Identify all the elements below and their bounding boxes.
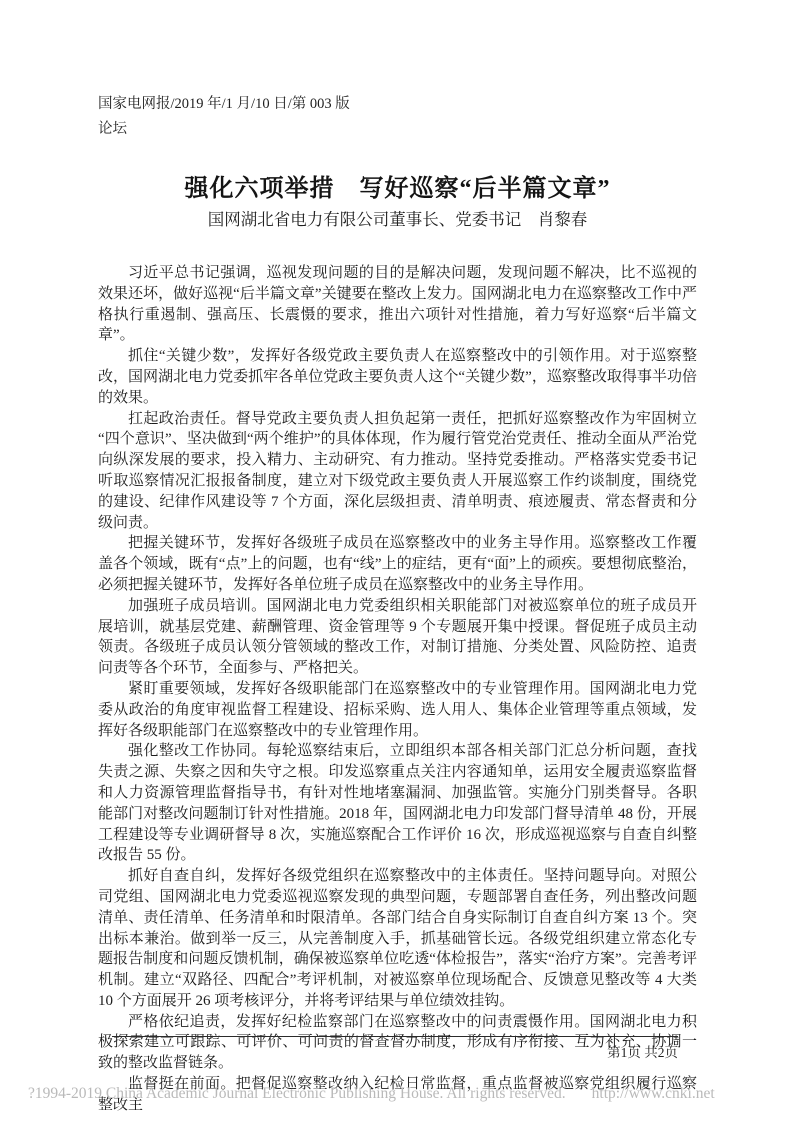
page-number-indicator: 第1页 共2页 (112, 1041, 678, 1061)
body-paragraph: 抓好自查自纠，发挥好各级党组织在巡察整改中的主体责任。坚持问题导向。对照公司党组… (98, 866, 697, 1012)
body-paragraph: 强化整改工作协同。每轮巡察结束后，立即组织本部各相关部门汇总分析问题，查找失责之… (98, 741, 697, 866)
body-paragraph: 加强班子成员培训。国网湖北电力党委组织相关职能部门对被巡察单位的班子成员开展培训… (98, 596, 697, 679)
footer-divider (112, 1036, 678, 1037)
article-byline: 国网湖北省电力有限公司董事长、党委书记 肖黎春 (98, 206, 697, 230)
article-title: 强化六项举措 写好巡察“后半篇文章” (98, 168, 697, 203)
cnki-url: http://www.cnki.net (592, 1085, 715, 1103)
body-paragraph: 扛起政治责任。督导党政主要负责人担负起第一责任，把抓好巡察整改作为牢固树立“四个… (98, 409, 697, 534)
source-publication-line: 国家电网报/2019 年/1 月/10 日/第 003 版 (98, 92, 698, 117)
body-paragraph: 抓住“关键少数”，发挥好各级党政主要负责人在巡察整改中的引领作用。对于巡察整改，… (98, 346, 697, 408)
document-page: 国家电网报/2019 年/1 月/10 日/第 003 版 论坛 强化六项举措 … (0, 0, 793, 1122)
body-paragraph: 习近平总书记强调，巡视发现问题的目的是解决问题，发现问题不解决，比不巡视的效果还… (98, 263, 697, 346)
body-paragraph: 把握关键环节，发挥好各级班子成员在巡察整改中的业务主导作用。巡察整改工作覆盖各个… (98, 533, 697, 595)
copyright-notice: ?1994-2019 China Academic Journal Electr… (28, 1085, 566, 1103)
body-paragraph: 紧盯重要领域，发挥好各级职能部门在巡察整改中的专业管理作用。国网湖北电力党委从政… (98, 679, 697, 741)
section-label: 论坛 (98, 117, 698, 142)
cnki-watermark: ?1994-2019 China Academic Journal Electr… (28, 1085, 765, 1103)
article-body: 习近平总书记强调，巡视发现问题的目的是解决问题，发现问题不解决，比不巡视的效果还… (98, 263, 697, 1116)
document-header: 国家电网报/2019 年/1 月/10 日/第 003 版 论坛 (98, 92, 698, 142)
